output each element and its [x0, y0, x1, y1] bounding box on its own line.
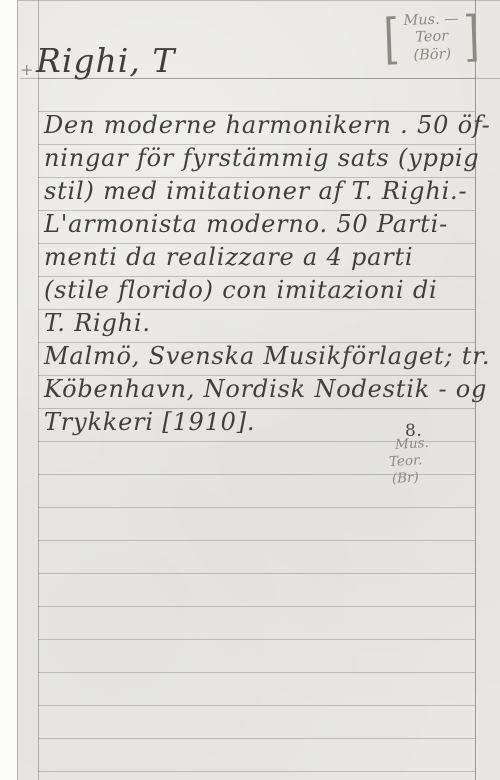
body-line-6: (stile florido) con imitazioni di — [44, 274, 489, 307]
top-classification-line-1: Mus. — — [403, 11, 459, 30]
bottom-classification-line-2: Teor. — [389, 452, 431, 471]
body-line-3: stil) med imitationer af T. Righi.- — [44, 175, 489, 208]
scanned-catalog-card: + Righi, T [ Mus. — Teor (Bör) ] Den mod… — [0, 0, 500, 780]
bracket-close: ] — [463, 0, 481, 73]
body-line-8: Malmö, Svenska Musikförlaget; tr. — [44, 340, 489, 373]
body-line-5: menti da realizzare a 4 parti — [44, 241, 489, 274]
bottom-classification: Mus. Teor. (Br) — [388, 435, 431, 488]
body-line-7: T. Righi. — [44, 307, 489, 340]
top-classification-lines: Mus. — Teor (Bör) — [401, 11, 462, 66]
bracket-open: [ — [382, 3, 400, 76]
bottom-classification-line-3: (Br) — [391, 469, 431, 488]
body-line-10: Trykkeri [1910]. — [44, 406, 489, 439]
card-body-text: Den moderne harmonikern . 50 öf- ningar … — [44, 109, 489, 439]
bottom-classification-line-1: Mus. — [395, 435, 430, 454]
card-heading-author: Righi, T — [36, 44, 175, 78]
body-line-2: ningar för fyrstämmig sats (yppig — [44, 142, 489, 175]
top-classification: [ Mus. — Teor (Bör) ] — [380, 0, 484, 75]
plus-mark: + — [20, 60, 33, 79]
body-line-1: Den moderne harmonikern . 50 öf- — [44, 109, 489, 142]
top-classification-line-3: (Bör) — [404, 46, 460, 65]
left-margin-line — [38, 0, 39, 780]
body-line-9: Köbenhavn, Nordisk Nodestik - og — [44, 373, 489, 406]
body-line-4: L'armonista moderno. 50 Parti- — [44, 208, 489, 241]
top-classification-line-2: Teor — [404, 28, 460, 47]
